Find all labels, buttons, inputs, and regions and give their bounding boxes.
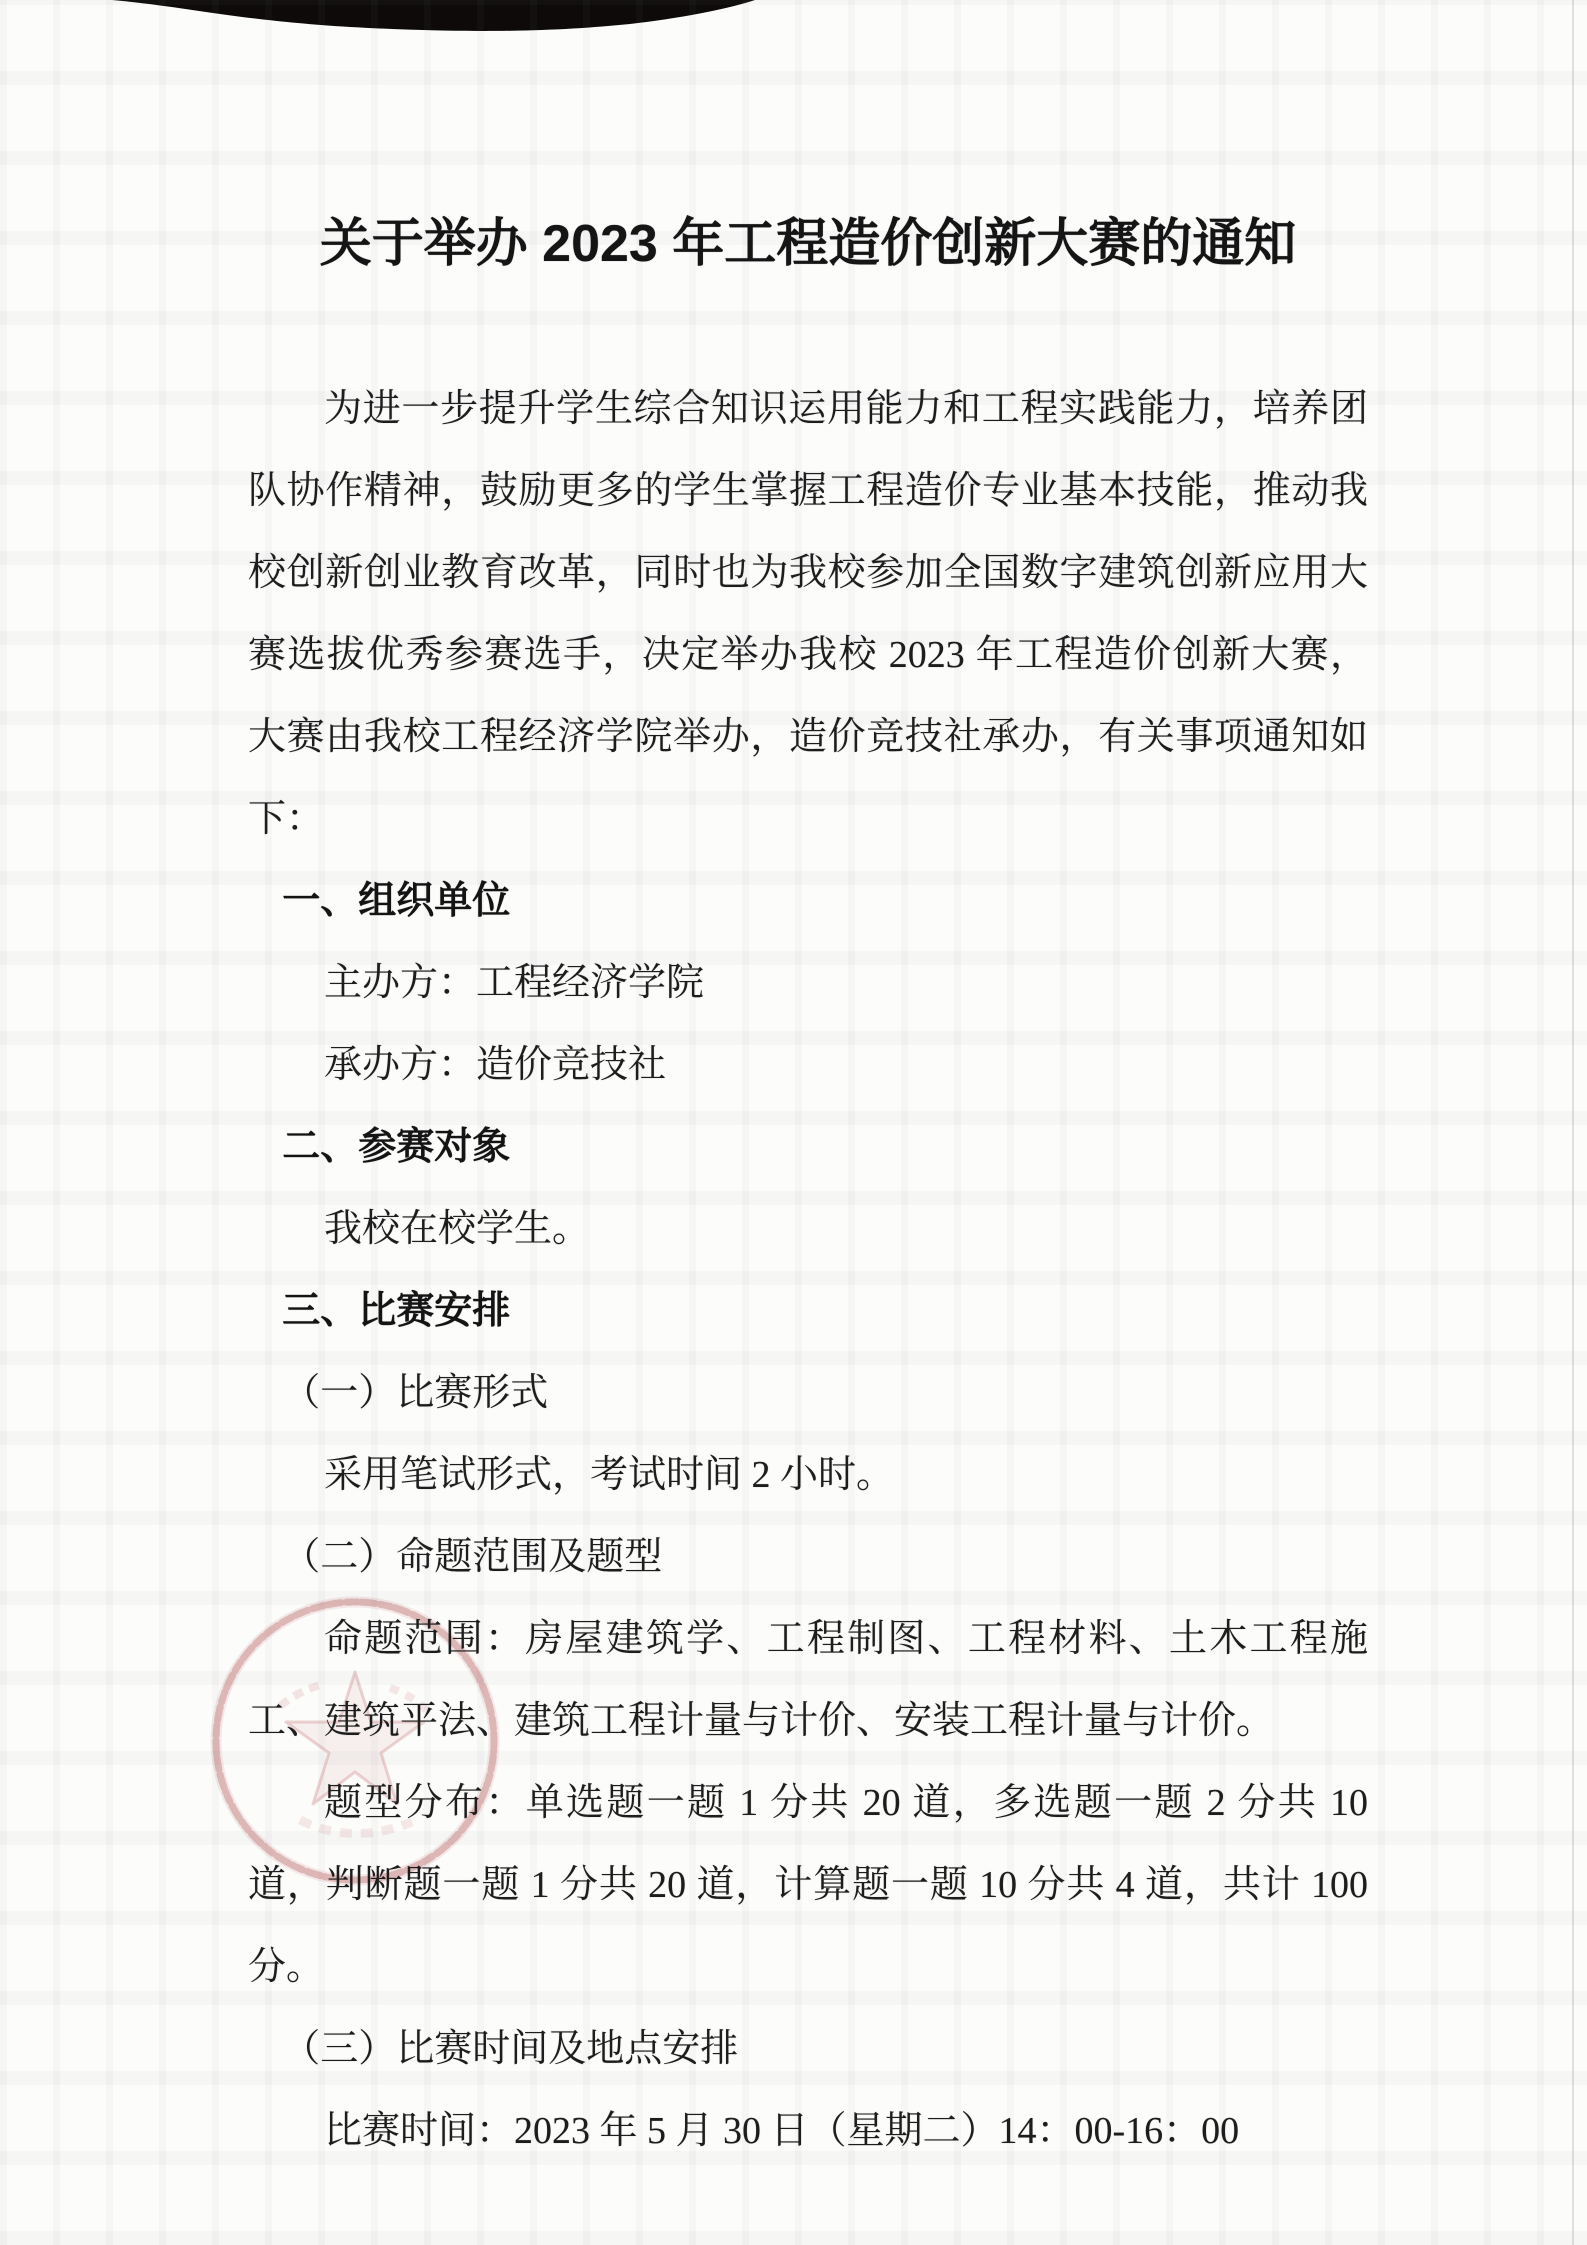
competition-time-paragraph: 比赛时间：2023 年 5 月 30 日（星期二）14：00-16：00 [248,2090,1368,2172]
section-heading-organizers: 一、组织单位 [248,860,1368,942]
subheading-question-scope: （二）命题范围及题型 [248,1516,1368,1598]
scope-paragraph: 命题范围：房屋建筑学、工程制图、工程材料、土木工程施工、建筑平法、建筑工程计量与… [248,1598,1368,1762]
scanner-smudge-artifact [0,0,1587,40]
section-heading-arrangement: 三、比赛安排 [248,1270,1368,1352]
subheading-time-location: （三）比赛时间及地点安排 [248,2008,1368,2090]
notice-body: 关于举办 2023 年工程造价创新大赛的通知 为进一步提升学生综合知识运用能力和… [248,208,1368,2172]
scanned-notice-page: { "page": { "background_color": "#fcfcfb… [0,0,1587,2245]
right-edge-scan-line [1572,0,1574,2245]
participants-line: 我校在校学生。 [248,1188,1368,1270]
organizer-undertaker-line: 承办方：造价竞技社 [248,1024,1368,1106]
subheading-competition-format: （一）比赛形式 [248,1352,1368,1434]
question-distribution-paragraph: 题型分布：单选题一题 1 分共 20 道，多选题一题 2 分共 10 道，判断题… [248,1762,1368,2008]
intro-paragraph: 为进一步提升学生综合知识运用能力和工程实践能力，培养团队协作精神，鼓励更多的学生… [248,368,1368,860]
section-heading-participants: 二、参赛对象 [248,1106,1368,1188]
organizer-host-line: 主办方：工程经济学院 [248,942,1368,1024]
format-detail-line: 采用笔试形式，考试时间 2 小时。 [248,1434,1368,1516]
notice-title: 关于举办 2023 年工程造价创新大赛的通知 [248,208,1368,280]
